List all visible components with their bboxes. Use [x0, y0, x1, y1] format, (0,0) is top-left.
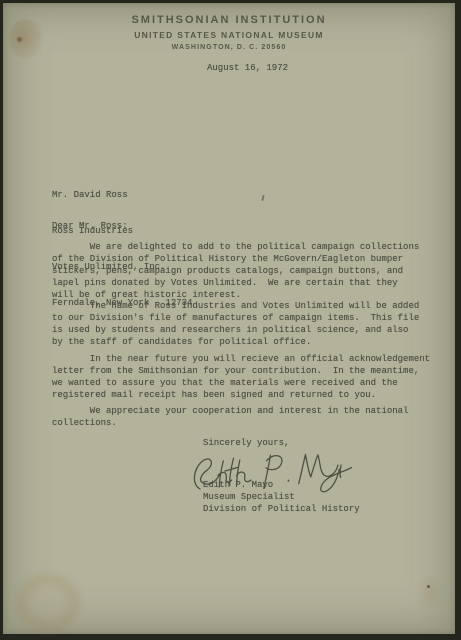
- stain-bottom-right: [413, 569, 449, 615]
- letterhead-museum: UNITED STATES NATIONAL MUSEUM: [3, 29, 455, 41]
- letterhead-institution: SMITHSONIAN INSTITUTION: [3, 13, 455, 27]
- letterhead: SMITHSONIAN INSTITUTION UNITED STATES NA…: [3, 13, 455, 53]
- body-paragraph-3: In the near future you will recieve an o…: [52, 353, 430, 401]
- body-paragraph-4: We appreciate your cooperation and inter…: [52, 405, 408, 429]
- signer-typed-name: Edith P. Mayo: [203, 479, 273, 491]
- body-paragraph-2: The name of Ross Industries and Votes Un…: [52, 300, 419, 348]
- stain-bottom-right-dot: [427, 585, 430, 588]
- signer-division: Division of Political History: [203, 503, 360, 515]
- date-line: August 16, 1972: [207, 62, 288, 74]
- letterhead-city-zip: WASHINGTON, D. C. 20560: [3, 43, 455, 53]
- ink-tick-mark: [261, 195, 264, 201]
- photo-frame: SMITHSONIAN INSTITUTION UNITED STATES NA…: [0, 0, 461, 640]
- signer-title: Museum Specialist: [203, 491, 295, 503]
- recipient-name: Mr. David Ross: [52, 189, 192, 201]
- letter-paper: SMITHSONIAN INSTITUTION UNITED STATES NA…: [3, 3, 455, 634]
- stain-bottom-left: [11, 569, 85, 637]
- salutation: Dear Mr. Ross:: [52, 220, 128, 232]
- body-paragraph-1: We are delighted to add to the political…: [52, 241, 419, 301]
